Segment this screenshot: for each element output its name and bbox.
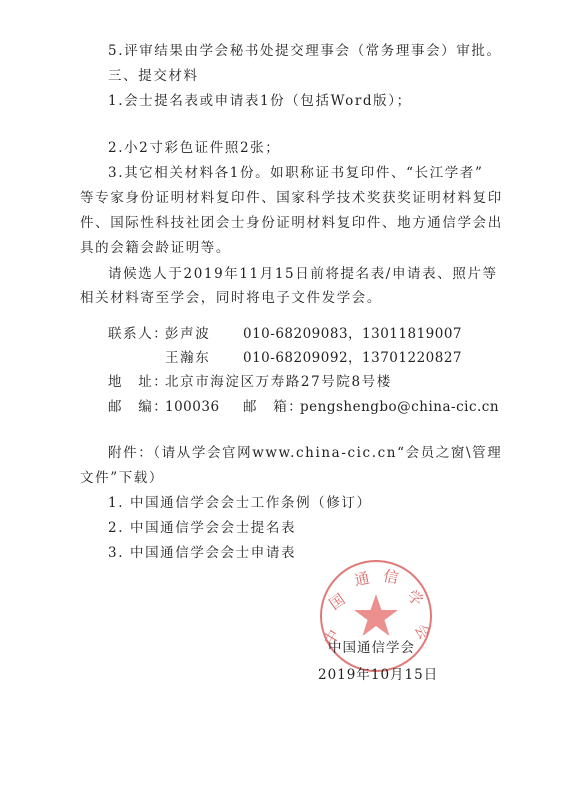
attachment-item-3: 3. 中国通信学会会士申请表	[108, 544, 296, 562]
attachment-item-1: 1. 中国通信学会会士工作条例（修订）	[108, 494, 372, 512]
svg-text:学: 学	[404, 586, 427, 609]
material-item-3-line1: 3.其它相关材料各1份。如职称证书复印件、“长江学者”	[108, 164, 483, 182]
svg-text:通: 通	[353, 569, 371, 590]
postcode-label: 邮 编：	[108, 398, 168, 416]
attachments-intro-line1: 附件：（请从学会官网www.china-cic.cn“会员之窗\管理	[108, 444, 502, 462]
contact-phone-1: 010-68209083，13011819007	[243, 325, 462, 343]
section-title-materials: 三、提交材料	[108, 67, 199, 85]
contact-name-1: 彭声波	[165, 325, 210, 343]
email-value[interactable]: pengshengbo@china-cic.cn	[300, 398, 499, 416]
signature-org: 中国通信学会	[328, 636, 415, 656]
svg-text:国: 国	[326, 590, 349, 613]
material-item-1: 1.会士提名表或申请表1份（包括Word版）；	[108, 92, 412, 110]
notice-line1: 请候选人于2019年11月15日前将提名表/申请表、照片等	[108, 265, 498, 283]
contact-phone-2: 010-68209092，13701220827	[243, 349, 462, 367]
contact-label: 联系人：	[108, 325, 168, 343]
material-item-3-line4: 具的会籍会龄证明等。	[80, 239, 231, 257]
email-label: 邮 箱：	[243, 398, 303, 416]
postcode-value: 100036	[165, 398, 220, 416]
address-label: 地 址：	[108, 373, 168, 391]
notice-line2: 相关材料寄至学会，同时将电子文件发学会。	[80, 289, 382, 307]
review-item-5: 5.评审结果由学会秘书处提交理事会（常务理事会）审批。	[108, 42, 502, 60]
svg-text:信: 信	[382, 567, 400, 588]
attachment-item-2: 2. 中国通信学会会士提名表	[108, 519, 296, 537]
material-item-2: 2.小2寸彩色证件照2张；	[108, 139, 280, 157]
address-value: 北京市海淀区万寿路27号院8号楼	[165, 373, 392, 391]
official-seal-icon: 中 国 通 信 学 会	[318, 558, 434, 674]
material-item-3-line3: 件、国际性科技社团会士身份证明材料复印件、地方通信学会出	[80, 214, 503, 232]
material-item-3-line2: 等专家身份证明材料复印件、国家科学技术奖获奖证明材料复印	[80, 189, 503, 207]
attachments-intro-line2: 文件”下载）	[80, 469, 164, 487]
signature-date: 2019年10月15日	[318, 663, 438, 683]
contact-name-2: 王瀚东	[165, 349, 210, 367]
